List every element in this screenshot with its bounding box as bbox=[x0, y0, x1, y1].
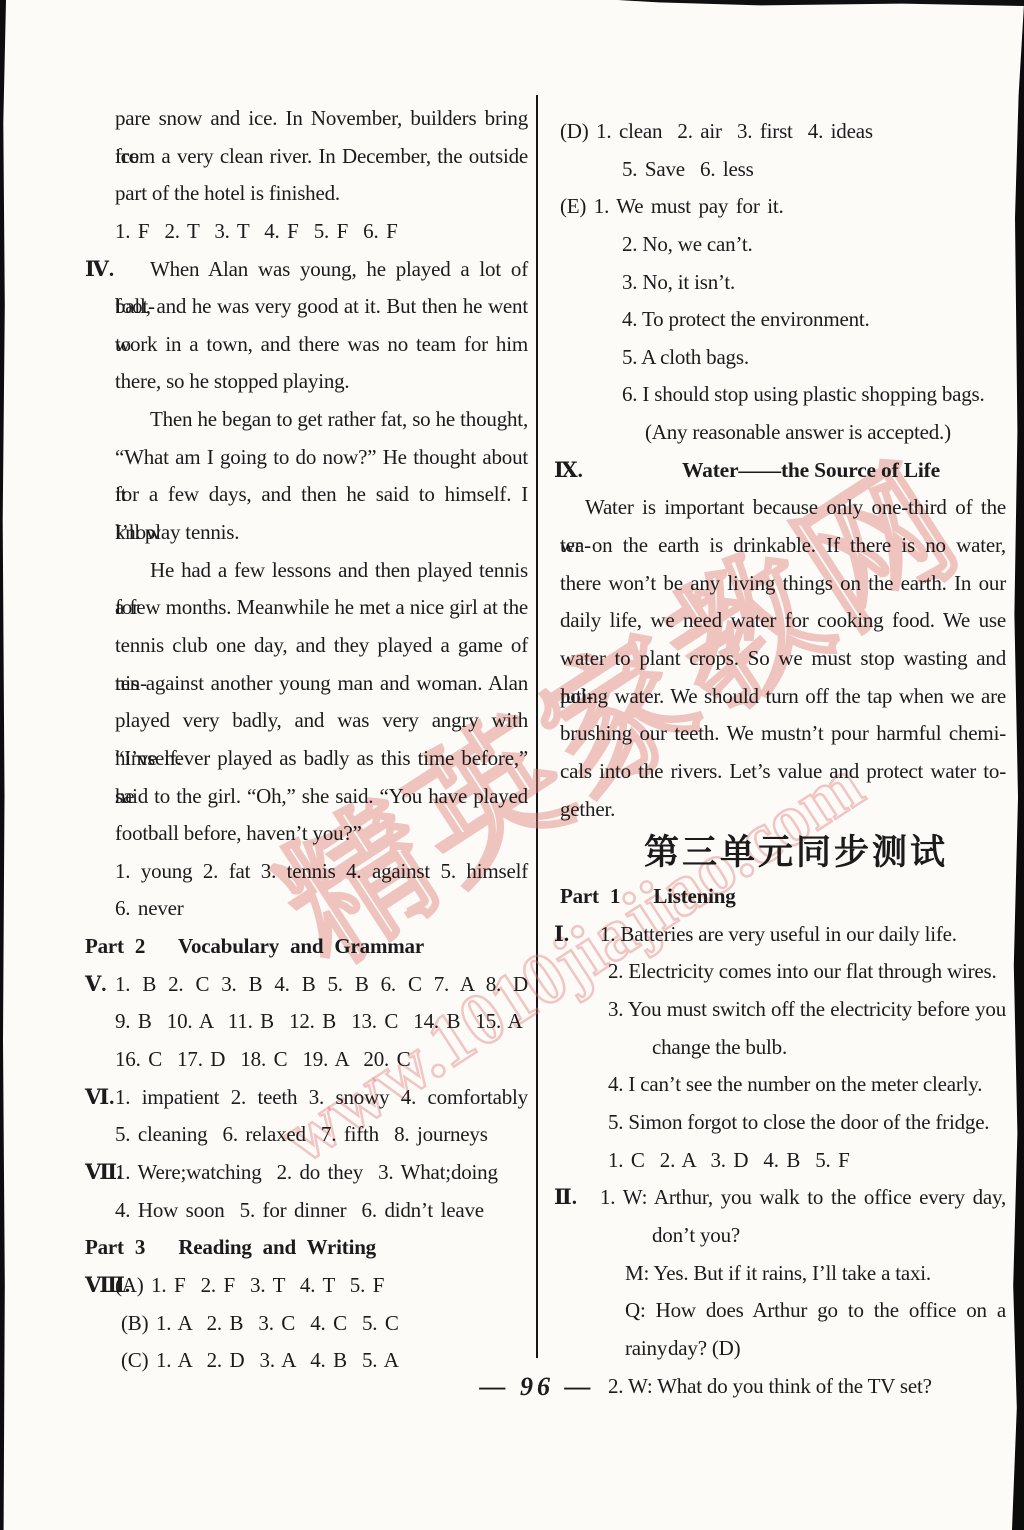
line-text: Part 1 Listening bbox=[560, 878, 1006, 916]
line-text: 4. How soon 5. for dinner 6. didn’t leav… bbox=[115, 1192, 528, 1230]
text-line: 1. young 2. fat 3. tennis 4. against 5. … bbox=[115, 853, 528, 891]
line-text: daily life, we need water for cooking fo… bbox=[560, 602, 1006, 640]
text-line: “I’ve never played as badly as this time… bbox=[115, 740, 528, 778]
scanned-answer-page: 精英家教网 www.1010jiajiao.com pare snow and … bbox=[0, 0, 1024, 1530]
line-text: Water——the Source of Life bbox=[560, 452, 1006, 490]
text-line: 6. I should stop using plastic shopping … bbox=[560, 376, 1006, 414]
text-line: played very badly, and was very angry wi… bbox=[115, 702, 528, 740]
text-line: work in a town, and there was no team fo… bbox=[115, 326, 528, 364]
section-numeral: Ⅷ. bbox=[85, 1267, 130, 1305]
line-text: part of the hotel is finished. bbox=[115, 175, 528, 213]
scan-edge-left bbox=[0, 0, 6, 1530]
line-text: cals into the rivers. Let’s value and pr… bbox=[560, 753, 1006, 791]
line-text: 1. F 2. T 3. T 4. F 5. F 6. F bbox=[115, 213, 528, 251]
text-line: Then he began to get rather fat, so he t… bbox=[115, 401, 528, 439]
line-text: 5. cleaning 6. relaxed 7. fifth 8. journ… bbox=[115, 1116, 528, 1154]
line-text: a few months. Meanwhile he met a nice gi… bbox=[115, 589, 528, 627]
text-line: 9. B 10. A 11. B 12. B 13. C 14. B 15. A bbox=[115, 1003, 528, 1041]
text-line: tennis club one day, and they played a g… bbox=[115, 627, 528, 665]
text-line: I’ll play tennis. bbox=[115, 514, 528, 552]
section-numeral: Ⅶ. bbox=[85, 1154, 122, 1192]
line-text: 5. Save 6. less bbox=[560, 151, 1006, 189]
text-line: water to plant crops. So we must stop wa… bbox=[560, 640, 1006, 678]
text-line: luting water. We should turn off the tap… bbox=[560, 678, 1006, 716]
text-line: don’t you? bbox=[560, 1217, 1006, 1255]
text-line: (B) 1. A 2. B 3. C 4. C 5. C bbox=[115, 1305, 528, 1343]
line-text: 1. Were;watching 2. do they 3. What;doin… bbox=[115, 1154, 528, 1192]
line-text: 1. impatient 2. teeth 3. snowy 4. comfor… bbox=[115, 1079, 528, 1117]
text-line: gether. bbox=[560, 791, 1006, 829]
text-line: Ⅶ.1. Were;watching 2. do they 3. What;do… bbox=[115, 1154, 528, 1192]
line-text: football before, haven’t you?” bbox=[115, 815, 528, 853]
text-line: Water is important because only one-thir… bbox=[560, 489, 1006, 527]
line-text: nis against another young man and woman.… bbox=[115, 665, 528, 703]
line-text: I’ll play tennis. bbox=[115, 514, 528, 552]
line-text: don’t you? bbox=[560, 1217, 1006, 1255]
text-line: football before, haven’t you?” bbox=[115, 815, 528, 853]
line-text: 1. C 2. A 3. D 4. B 5. F bbox=[560, 1142, 1006, 1180]
text-line: Ⅱ.1. W: Arthur, you walk to the office e… bbox=[560, 1179, 1006, 1217]
line-text: day? (D) bbox=[560, 1330, 1006, 1368]
line-text: Part 2 Vocabulary and Grammar bbox=[85, 928, 528, 966]
line-text: 2. Electricity comes into our flat throu… bbox=[560, 953, 1006, 991]
text-line: day? (D) bbox=[560, 1330, 1006, 1368]
text-line: part of the hotel is finished. bbox=[115, 175, 528, 213]
text-line: ter on the earth is drinkable. If there … bbox=[560, 527, 1006, 565]
text-line: cals into the rivers. Let’s value and pr… bbox=[560, 753, 1006, 791]
text-line: He had a few lessons and then played ten… bbox=[115, 552, 528, 590]
line-text: there, so he stopped playing. bbox=[115, 363, 528, 401]
text-line: 4. I can’t see the number on the meter c… bbox=[560, 1066, 1006, 1104]
text-line: pare snow and ice. In November, builders… bbox=[115, 100, 528, 138]
line-text: 1. B 2. C 3. B 4. B 5. B 6. C 7. A 8. D bbox=[115, 966, 528, 1004]
text-line: Ⅰ.1. Batteries are very useful in our da… bbox=[560, 916, 1006, 954]
line-text: ter on the earth is drinkable. If there … bbox=[560, 527, 1006, 565]
line-text: 6. I should stop using plastic shopping … bbox=[560, 376, 1006, 414]
line-text: 4. I can’t see the number on the meter c… bbox=[560, 1066, 1006, 1104]
line-text: change the bulb. bbox=[560, 1029, 1006, 1067]
text-line: (D) 1. clean 2. air 3. first 4. ideas bbox=[560, 113, 1006, 151]
line-text: (E) 1. We must pay for it. bbox=[560, 188, 1006, 226]
text-line: 3. You must switch off the electricity b… bbox=[560, 991, 1006, 1029]
text-line: 2. No, we can’t. bbox=[560, 226, 1006, 264]
text-line: 1. C 2. A 3. D 4. B 5. F bbox=[560, 1142, 1006, 1180]
text-line: 2. W: What do you think of the TV set? bbox=[560, 1368, 1006, 1406]
text-line: 3. No, it isn’t. bbox=[560, 264, 1006, 302]
text-line: “What am I going to do now?” He thought … bbox=[115, 439, 528, 477]
line-text: Then he began to get rather fat, so he t… bbox=[115, 401, 528, 439]
line-text: 第三单元同步测试 bbox=[560, 828, 1006, 878]
text-line: 4. To protect the environment. bbox=[560, 301, 1006, 339]
section-numeral: Ⅰ. bbox=[554, 916, 569, 954]
text-line: for a few days, and then he said to hims… bbox=[115, 476, 528, 514]
line-text: 3. You must switch off the electricity b… bbox=[560, 991, 1006, 1029]
line-text: said to the girl. “Oh,” she said. “You h… bbox=[115, 778, 528, 816]
line-text: 5. Simon forgot to close the door of the… bbox=[560, 1104, 1006, 1142]
line-text: Part 3 Reading and Writing bbox=[85, 1229, 528, 1267]
line-text: (B) 1. A 2. B 3. C 4. C 5. C bbox=[115, 1305, 528, 1343]
text-line: 6. never bbox=[115, 890, 528, 928]
text-line: 1. F 2. T 3. T 4. F 5. F 6. F bbox=[115, 213, 528, 251]
line-text: 4. To protect the environment. bbox=[560, 301, 1006, 339]
text-line: Q: How does Arthur go to the office on a… bbox=[560, 1292, 1006, 1330]
text-line: there, so he stopped playing. bbox=[115, 363, 528, 401]
unit-test-heading: 第三单元同步测试 bbox=[560, 828, 1006, 878]
text-line: said to the girl. “Oh,” she said. “You h… bbox=[115, 778, 528, 816]
section-heading: Part 1 Listening bbox=[560, 878, 1006, 916]
text-line: Ⅵ.1. impatient 2. teeth 3. snowy 4. comf… bbox=[115, 1079, 528, 1117]
section-numeral: Ⅳ. bbox=[85, 251, 114, 289]
text-line: (E) 1. We must pay for it. bbox=[560, 188, 1006, 226]
section-numeral: Ⅸ. bbox=[554, 452, 583, 490]
line-text: 1. W: Arthur, you walk to the office eve… bbox=[560, 1179, 1006, 1217]
text-line: a few months. Meanwhile he met a nice gi… bbox=[115, 589, 528, 627]
scan-edge-top bbox=[618, 0, 1024, 6]
text-line: 4. How soon 5. for dinner 6. didn’t leav… bbox=[115, 1192, 528, 1230]
section-numeral: Ⅱ. bbox=[554, 1179, 577, 1217]
line-text: (D) 1. clean 2. air 3. first 4. ideas bbox=[560, 113, 1006, 151]
line-text: 2. W: What do you think of the TV set? bbox=[560, 1368, 1006, 1406]
text-line: change the bulb. bbox=[560, 1029, 1006, 1067]
text-line: Ⅴ.1. B 2. C 3. B 4. B 5. B 6. C 7. A 8. … bbox=[115, 966, 528, 1004]
line-text: 1. young 2. fat 3. tennis 4. against 5. … bbox=[115, 853, 528, 891]
text-line: brushing our teeth. We mustn’t pour harm… bbox=[560, 715, 1006, 753]
column-divider bbox=[536, 95, 538, 1358]
text-line: 16. C 17. D 18. C 19. A 20. C bbox=[115, 1041, 528, 1079]
text-line: Ⅷ.(A) 1. F 2. F 3. T 4. T 5. F bbox=[115, 1267, 528, 1305]
line-text: luting water. We should turn off the tap… bbox=[560, 678, 1006, 716]
text-line: from a very clean river. In December, th… bbox=[115, 138, 528, 176]
section-heading: Part 2 Vocabulary and Grammar bbox=[115, 928, 528, 966]
line-text: gether. bbox=[560, 791, 1006, 829]
line-text: 5. A cloth bags. bbox=[560, 339, 1006, 377]
section-numeral: Ⅵ. bbox=[85, 1079, 114, 1117]
text-line: 5. A cloth bags. bbox=[560, 339, 1006, 377]
text-line: 5. cleaning 6. relaxed 7. fifth 8. journ… bbox=[115, 1116, 528, 1154]
text-line: ball, and he was very good at it. But th… bbox=[115, 288, 528, 326]
page-number: — 96 — bbox=[462, 1372, 612, 1402]
line-text: M: Yes. But if it rains, I’ll take a tax… bbox=[560, 1255, 1006, 1293]
line-text: (A) 1. F 2. F 3. T 4. T 5. F bbox=[115, 1267, 528, 1305]
text-line: 5. Save 6. less bbox=[560, 151, 1006, 189]
text-line: there won’t be any living things on the … bbox=[560, 565, 1006, 603]
text-line: 5. Simon forgot to close the door of the… bbox=[560, 1104, 1006, 1142]
line-text: 9. B 10. A 11. B 12. B 13. C 14. B 15. A bbox=[115, 1003, 528, 1041]
line-text: from a very clean river. In December, th… bbox=[115, 138, 528, 176]
scan-edge-right bbox=[1012, 4, 1024, 1530]
section-numeral: Ⅴ. bbox=[85, 966, 107, 1004]
line-text: (Any reasonable answer is accepted.) bbox=[560, 414, 1006, 452]
line-text: there won’t be any living things on the … bbox=[560, 565, 1006, 603]
section-heading: Part 3 Reading and Writing bbox=[115, 1229, 528, 1267]
passage-title: Ⅸ.Water——the Source of Life bbox=[560, 452, 1006, 490]
line-text: 3. No, it isn’t. bbox=[560, 264, 1006, 302]
line-text: 16. C 17. D 18. C 19. A 20. C bbox=[115, 1041, 528, 1079]
text-line: daily life, we need water for cooking fo… bbox=[560, 602, 1006, 640]
text-line: M: Yes. But if it rains, I’ll take a tax… bbox=[560, 1255, 1006, 1293]
line-text: work in a town, and there was no team fo… bbox=[115, 326, 528, 364]
line-text: 2. No, we can’t. bbox=[560, 226, 1006, 264]
line-text: brushing our teeth. We mustn’t pour harm… bbox=[560, 715, 1006, 753]
text-line: (Any reasonable answer is accepted.) bbox=[560, 414, 1006, 452]
line-text: 6. never bbox=[115, 890, 528, 928]
left-column: pare snow and ice. In November, builders… bbox=[115, 100, 528, 1380]
text-line: nis against another young man and woman.… bbox=[115, 665, 528, 703]
text-line: 2. Electricity comes into our flat throu… bbox=[560, 953, 1006, 991]
line-text: 1. Batteries are very useful in our dail… bbox=[560, 916, 1006, 954]
right-column: (D) 1. clean 2. air 3. first 4. ideas5. … bbox=[560, 113, 1006, 1405]
text-line: Ⅳ.When Alan was young, he played a lot o… bbox=[115, 251, 528, 289]
